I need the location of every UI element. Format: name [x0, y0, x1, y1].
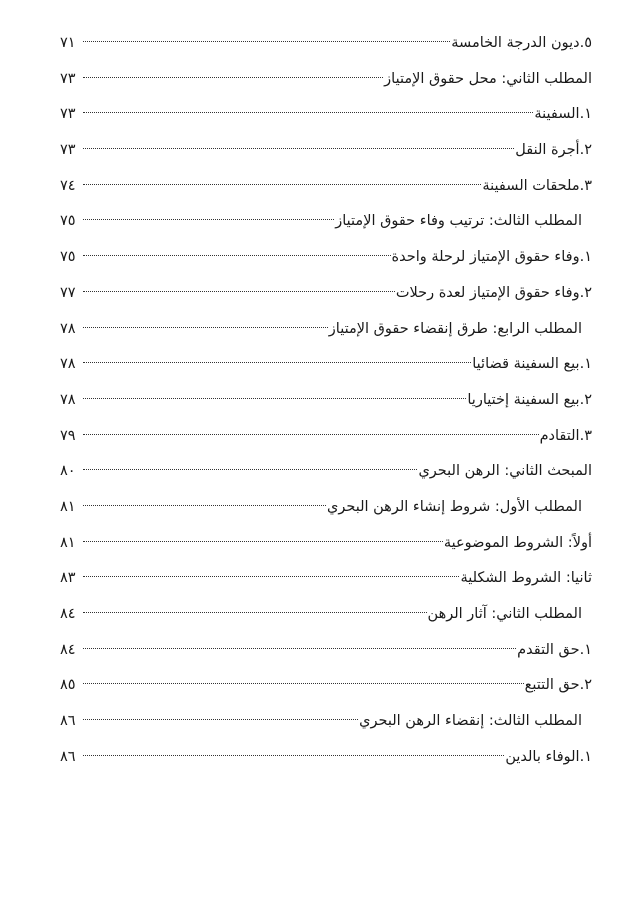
- toc-entry-page: ٨٠: [60, 454, 82, 490]
- toc-entry[interactable]: ٣.التقادم٧٩: [60, 419, 592, 455]
- toc-entry[interactable]: المطلب الثاني: آثار الرهن٨٤: [60, 597, 592, 633]
- toc-entry-page: ٧٨: [60, 347, 82, 383]
- toc-entry-title: ٢.أجرة النقل: [515, 133, 592, 169]
- toc-entry-page: ٨٣: [60, 561, 82, 597]
- toc-entry[interactable]: ثانيا: الشروط الشكلية٨٣: [60, 561, 592, 597]
- toc-entry-title: المطلب الثالث: ترتيب وفاء حقوق الإمتياز: [335, 204, 582, 240]
- toc-entry-page: ٧٩: [60, 419, 82, 455]
- dot-leader: [83, 41, 450, 42]
- dot-leader: [83, 219, 334, 220]
- toc-entry-title: المطلب الثالث: إنقضاء الرهن البحري: [359, 704, 582, 740]
- dot-leader: [83, 612, 427, 613]
- toc-entry-page: ٨١: [60, 490, 82, 526]
- dot-leader: [83, 541, 443, 542]
- dot-leader: [83, 327, 328, 328]
- dot-leader: [83, 576, 459, 577]
- table-of-contents: ٥.ديون الدرجة الخامسة٧١ المطلب الثاني: م…: [60, 26, 592, 775]
- dot-leader: [83, 648, 516, 649]
- toc-entry-page: ٧٧: [60, 276, 82, 312]
- toc-entry-page: ٧٣: [60, 62, 82, 98]
- toc-entry[interactable]: ٢.وفاء حقوق الإمتياز لعدة رحلات٧٧: [60, 276, 592, 312]
- dot-leader: [83, 398, 466, 399]
- toc-entry-page: ٨١: [60, 526, 82, 562]
- toc-entry-page: ٧٨: [60, 383, 82, 419]
- toc-entry-title: المطلب الأول: شروط إنشاء الرهن البحري: [327, 490, 582, 526]
- toc-entry-page: ٨٦: [60, 704, 82, 740]
- toc-entry-title: ٢.بيع السفينة إختياريا: [467, 383, 592, 419]
- dot-leader: [83, 77, 383, 78]
- toc-entry[interactable]: ١.السفينة٧٣: [60, 97, 592, 133]
- toc-entry-title: المبحث الثاني: الرهن البحري: [418, 454, 592, 490]
- toc-entry-page: ٧٥: [60, 204, 82, 240]
- dot-leader: [83, 184, 481, 185]
- dot-leader: [83, 362, 471, 363]
- toc-entry-title: ١.السفينة: [534, 97, 592, 133]
- toc-entry-title: ٣.ملحقات السفينة: [482, 169, 592, 205]
- toc-entry-title: المطلب الرابع: طرق إنقضاء حقوق الإمتياز: [329, 312, 582, 348]
- toc-entry-title: ٢.وفاء حقوق الإمتياز لعدة رحلات: [396, 276, 592, 312]
- toc-entry-page: ٨٤: [60, 633, 82, 669]
- toc-entry-title: ١.وفاء حقوق الإمتياز لرحلة واحدة: [392, 240, 592, 276]
- toc-entry[interactable]: ١.وفاء حقوق الإمتياز لرحلة واحدة٧٥: [60, 240, 592, 276]
- dot-leader: [83, 469, 417, 470]
- dot-leader: [83, 112, 533, 113]
- toc-entry-title: أولاً: الشروط الموضوعية: [444, 526, 592, 562]
- toc-entry[interactable]: ٢.حق التتبع٨٥: [60, 668, 592, 704]
- dot-leader: [83, 255, 391, 256]
- toc-entry-page: ٧٣: [60, 133, 82, 169]
- toc-entry-title: ٢.حق التتبع: [525, 668, 592, 704]
- toc-entry[interactable]: المطلب الثالث: ترتيب وفاء حقوق الإمتياز٧…: [60, 204, 592, 240]
- dot-leader: [83, 148, 514, 149]
- toc-entry[interactable]: المبحث الثاني: الرهن البحري٨٠: [60, 454, 592, 490]
- toc-entry-title: المطلب الثاني: محل حقوق الإمتياز: [384, 62, 592, 98]
- toc-entry[interactable]: ٣.ملحقات السفينة٧٤: [60, 169, 592, 205]
- dot-leader: [83, 683, 524, 684]
- toc-entry-page: ٧٣: [60, 97, 82, 133]
- dot-leader: [83, 505, 326, 506]
- toc-entry-page: ٨٦: [60, 740, 82, 776]
- toc-entry-page: ٧٤: [60, 169, 82, 205]
- toc-entry[interactable]: ١.الوفاء بالدين٨٦: [60, 740, 592, 776]
- dot-leader: [83, 719, 358, 720]
- toc-entry[interactable]: المطلب الثاني: محل حقوق الإمتياز٧٣: [60, 62, 592, 98]
- toc-entry-title: ١.الوفاء بالدين: [505, 740, 592, 776]
- toc-entry[interactable]: المطلب الثالث: إنقضاء الرهن البحري٨٦: [60, 704, 592, 740]
- toc-entry[interactable]: المطلب الأول: شروط إنشاء الرهن البحري٨١: [60, 490, 592, 526]
- toc-entry[interactable]: المطلب الرابع: طرق إنقضاء حقوق الإمتياز٧…: [60, 312, 592, 348]
- toc-entry[interactable]: ١.بيع السفينة قضائيا٧٨: [60, 347, 592, 383]
- toc-entry-title: المطلب الثاني: آثار الرهن: [428, 597, 582, 633]
- dot-leader: [83, 755, 504, 756]
- toc-entry-title: ٥.ديون الدرجة الخامسة: [451, 26, 592, 62]
- toc-entry-title: ١.بيع السفينة قضائيا: [472, 347, 592, 383]
- toc-entry-page: ٨٥: [60, 668, 82, 704]
- toc-entry[interactable]: ٢.أجرة النقل٧٣: [60, 133, 592, 169]
- toc-entry-page: ٧١: [60, 26, 82, 62]
- toc-entry[interactable]: أولاً: الشروط الموضوعية٨١: [60, 526, 592, 562]
- toc-entry-title: ٣.التقادم: [540, 419, 592, 455]
- toc-entry-page: ٧٥: [60, 240, 82, 276]
- toc-entry[interactable]: ٥.ديون الدرجة الخامسة٧١: [60, 26, 592, 62]
- toc-entry-page: ٧٨: [60, 312, 82, 348]
- toc-entry-title: ١.حق التقدم: [517, 633, 592, 669]
- dot-leader: [83, 291, 395, 292]
- toc-entry-page: ٨٤: [60, 597, 82, 633]
- dot-leader: [83, 434, 539, 435]
- toc-entry[interactable]: ١.حق التقدم٨٤: [60, 633, 592, 669]
- toc-entry-title: ثانيا: الشروط الشكلية: [460, 561, 592, 597]
- toc-entry[interactable]: ٢.بيع السفينة إختياريا٧٨: [60, 383, 592, 419]
